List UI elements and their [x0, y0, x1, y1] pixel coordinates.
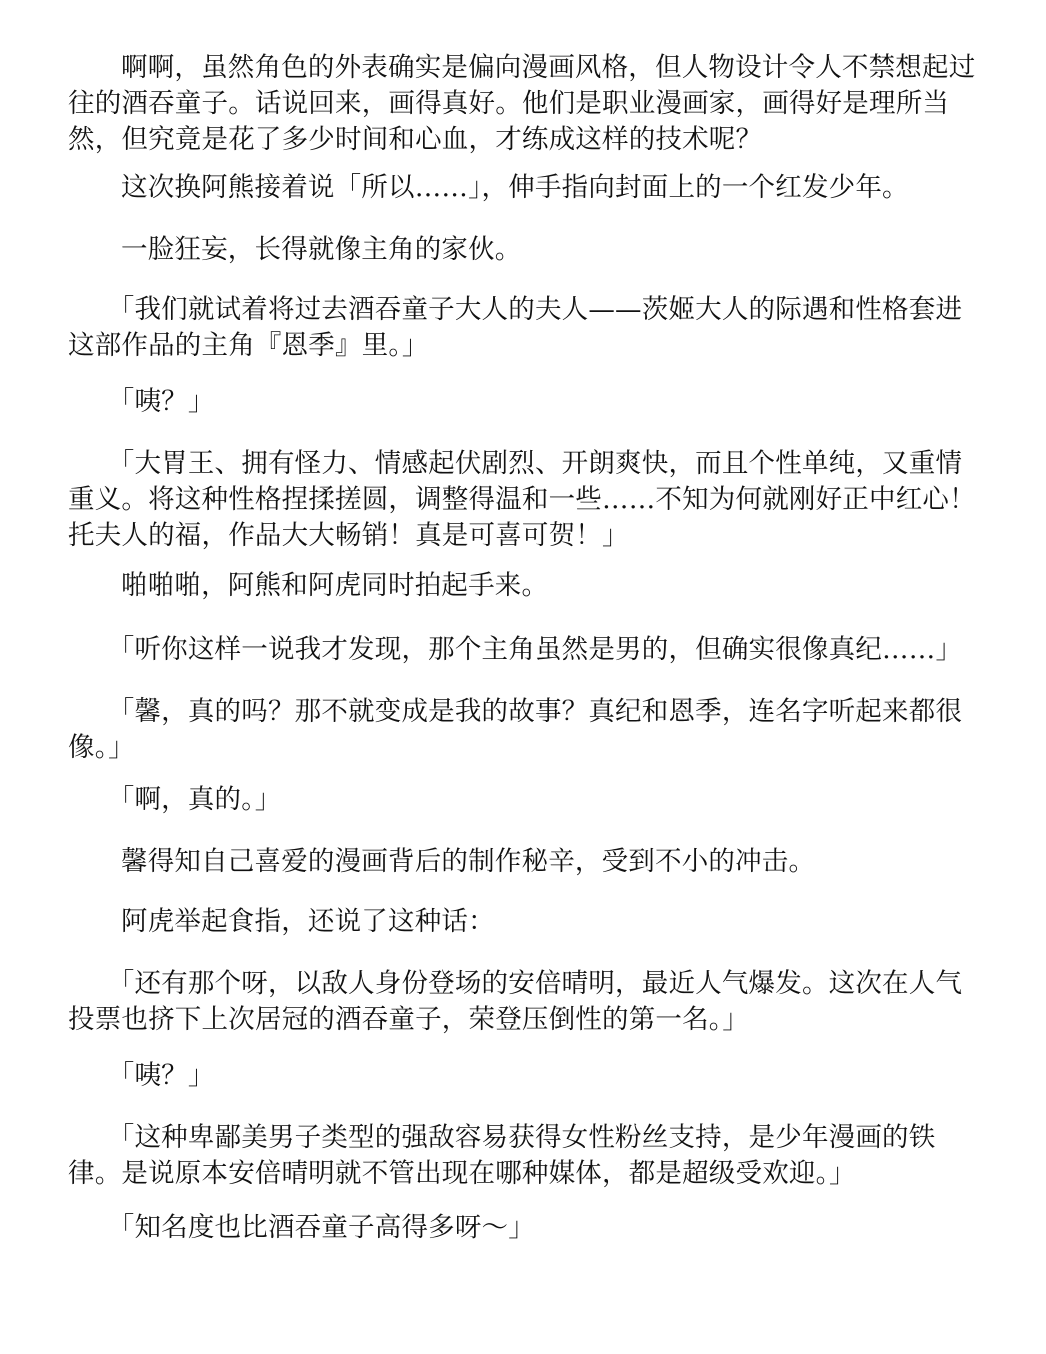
text-line: 投票也挤下上次居冠的酒吞童子，荣登压倒性的第一名。」	[68, 1002, 978, 1038]
text-line: 像。」	[68, 730, 978, 766]
dialogue-paragraph: 「大胃王、拥有怪力、情感起伏剧烈、开朗爽快，而且个性单纯，又重情重义。将这种性格…	[68, 446, 978, 554]
text-line: 「啊，真的。」	[68, 782, 978, 818]
dialogue-paragraph: 「知名度也比酒吞童子高得多呀～」	[68, 1210, 978, 1246]
narration-paragraph: 啊啊，虽然角色的外表确实是偏向漫画风格，但人物设计令人不禁想起过往的酒吞童子。话…	[68, 50, 978, 158]
text-line: 啊啊，虽然角色的外表确实是偏向漫画风格，但人物设计令人不禁想起过	[68, 50, 978, 86]
text-line: 律。是说原本安倍晴明就不管出现在哪种媒体，都是超级受欢迎。」	[68, 1156, 978, 1192]
dialogue-paragraph: 「听你这样一说我才发现，那个主角虽然是男的，但确实很像真纪……」	[68, 632, 978, 668]
narration-paragraph: 啪啪啪，阿熊和阿虎同时拍起手来。	[68, 568, 978, 604]
text-line: 这次换阿熊接着说「所以……」，伸手指向封面上的一个红发少年。	[68, 170, 978, 206]
text-line: 托夫人的福，作品大大畅销！真是可喜可贺！」	[68, 518, 978, 554]
text-line: 阿虎举起食指，还说了这种话：	[68, 904, 978, 940]
text-line: 这部作品的主角『恩季』里。」	[68, 328, 978, 364]
dialogue-paragraph: 「这种卑鄙美男子类型的强敌容易获得女性粉丝支持，是少年漫画的铁律。是说原本安倍晴…	[68, 1120, 978, 1192]
dialogue-paragraph: 「馨，真的吗？那不就变成是我的故事？真纪和恩季，连名字听起来都很像。」	[68, 694, 978, 766]
text-line: 「馨，真的吗？那不就变成是我的故事？真纪和恩季，连名字听起来都很	[68, 694, 978, 730]
text-line: 「我们就试着将过去酒吞童子大人的夫人——茨姬大人的际遇和性格套进	[68, 292, 978, 328]
text-line: 馨得知自己喜爱的漫画背后的制作秘辛，受到不小的冲击。	[68, 844, 978, 880]
text-line: 然，但究竟是花了多少时间和心血，才练成这样的技术呢？	[68, 122, 978, 158]
text-line: 重义。将这种性格捏揉搓圆，调整得温和一些……不知为何就刚好正中红心！	[68, 482, 978, 518]
text-line: 「听你这样一说我才发现，那个主角虽然是男的，但确实很像真纪……」	[68, 632, 978, 668]
text-line: 「咦？」	[68, 1058, 978, 1094]
text-line: 「还有那个呀，以敌人身份登场的安倍晴明，最近人气爆发。这次在人气	[68, 966, 978, 1002]
narration-paragraph: 馨得知自己喜爱的漫画背后的制作秘辛，受到不小的冲击。	[68, 844, 978, 880]
dialogue-paragraph: 「啊，真的。」	[68, 782, 978, 818]
text-line: 「大胃王、拥有怪力、情感起伏剧烈、开朗爽快，而且个性单纯，又重情	[68, 446, 978, 482]
narration-paragraph: 这次换阿熊接着说「所以……」，伸手指向封面上的一个红发少年。	[68, 170, 978, 206]
text-line: 啪啪啪，阿熊和阿虎同时拍起手来。	[68, 568, 978, 604]
text-line: 往的酒吞童子。话说回来，画得真好。他们是职业漫画家，画得好是理所当	[68, 86, 978, 122]
narration-paragraph: 阿虎举起食指，还说了这种话：	[68, 904, 978, 940]
text-line: 「这种卑鄙美男子类型的强敌容易获得女性粉丝支持，是少年漫画的铁	[68, 1120, 978, 1156]
dialogue-paragraph: 「还有那个呀，以敌人身份登场的安倍晴明，最近人气爆发。这次在人气投票也挤下上次居…	[68, 966, 978, 1038]
text-line: 「咦？」	[68, 384, 978, 420]
text-line: 「知名度也比酒吞童子高得多呀～」	[68, 1210, 978, 1246]
text-line: 一脸狂妄，长得就像主角的家伙。	[68, 232, 978, 268]
narration-paragraph: 一脸狂妄，长得就像主角的家伙。	[68, 232, 978, 268]
dialogue-paragraph: 「咦？」	[68, 1058, 978, 1094]
dialogue-paragraph: 「咦？」	[68, 384, 978, 420]
dialogue-paragraph: 「我们就试着将过去酒吞童子大人的夫人——茨姬大人的际遇和性格套进这部作品的主角『…	[68, 292, 978, 364]
